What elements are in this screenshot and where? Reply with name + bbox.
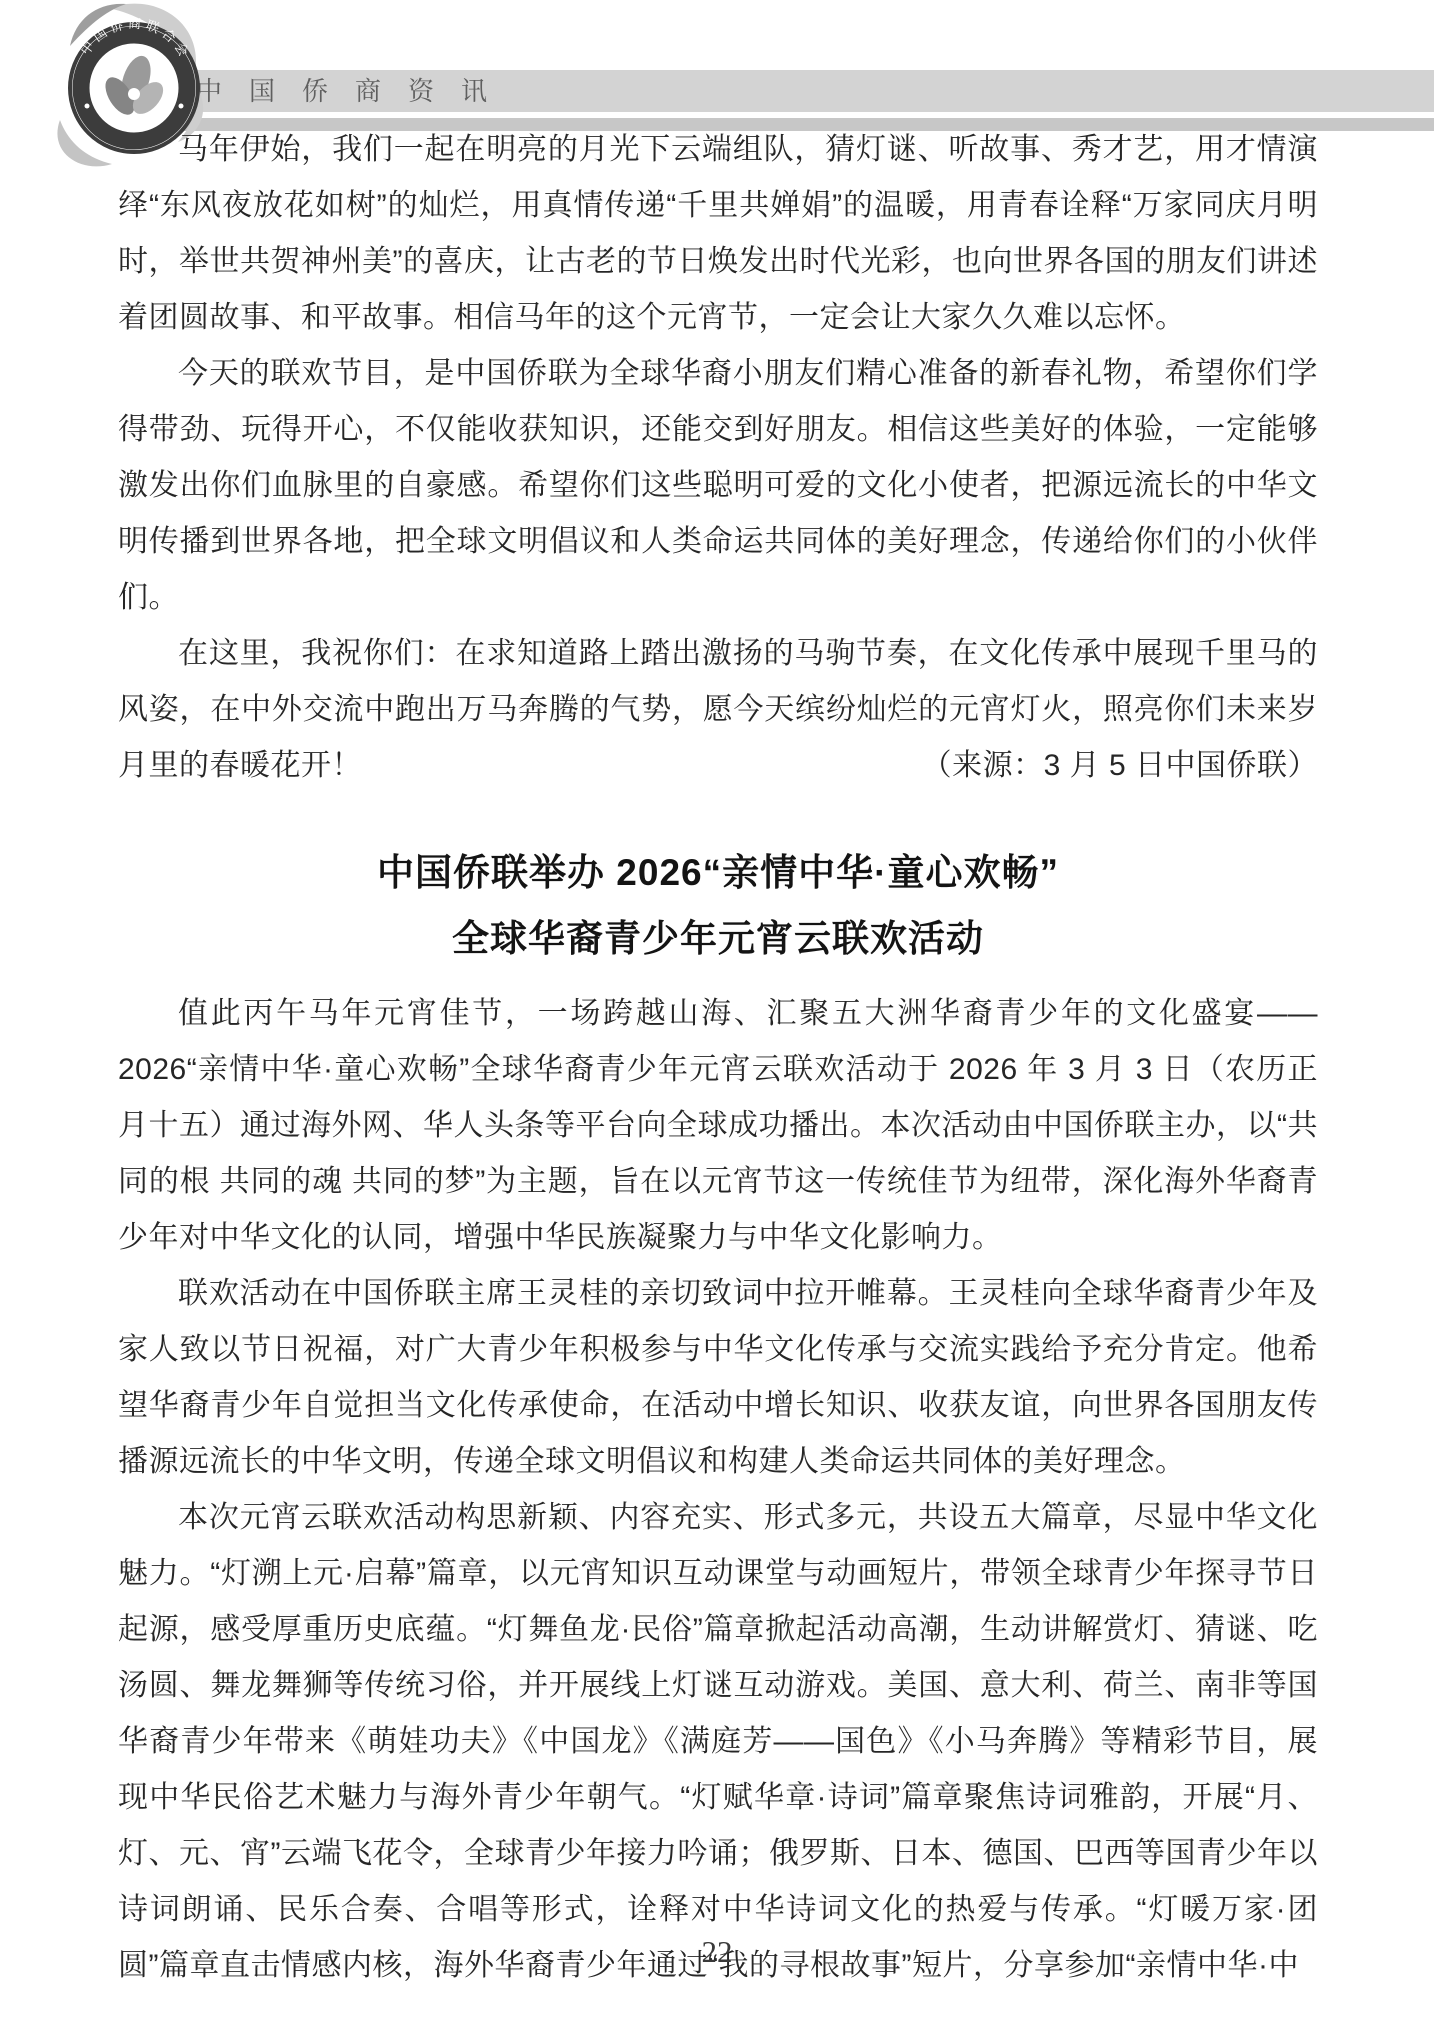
- page-content: 马年伊始，我们一起在明亮的月光下云端组队，猜灯谜、听故事、秀才艺，用才情演绎“东…: [118, 122, 1318, 1994]
- document-page: 中国侨商资讯 中国侨商联合会: [0, 0, 1434, 2024]
- article-title: 中国侨联举办 2026“亲情中华·童心欢畅” 全球华裔青少年元宵云联欢活动: [118, 840, 1318, 972]
- article-title-line-1: 中国侨联举办 2026“亲情中华·童心欢畅”: [118, 840, 1318, 906]
- header-banner-title: 中国侨商资讯: [196, 70, 514, 112]
- article-title-line-2: 全球华裔青少年元宵云联欢活动: [118, 906, 1318, 972]
- page-number: 22: [0, 1934, 1434, 1970]
- paragraph-1: 马年伊始，我们一起在明亮的月光下云端组队，猜灯谜、听故事、秀才艺，用才情演绎“东…: [118, 122, 1318, 346]
- emblem-dot-right: [179, 104, 184, 109]
- paragraph-6: 本次元宵云联欢活动构思新颖、内容充实、形式多元，共设五大篇章，尽显中华文化魅力。…: [118, 1490, 1318, 1994]
- paragraph-4: 值此丙午马年元宵佳节，一场跨越山海、汇聚五大洲华裔青少年的文化盛宴——2026“…: [118, 986, 1318, 1266]
- paragraph-5: 联欢活动在中国侨联主席王灵桂的亲切致词中拉开帷幕。王灵桂向全球华裔青少年及家人致…: [118, 1266, 1318, 1490]
- paragraph-2: 今天的联欢节目，是中国侨联为全球华裔小朋友们精心准备的新春礼物，希望你们学得带劲…: [118, 346, 1318, 626]
- emblem-dot-left: [85, 104, 90, 109]
